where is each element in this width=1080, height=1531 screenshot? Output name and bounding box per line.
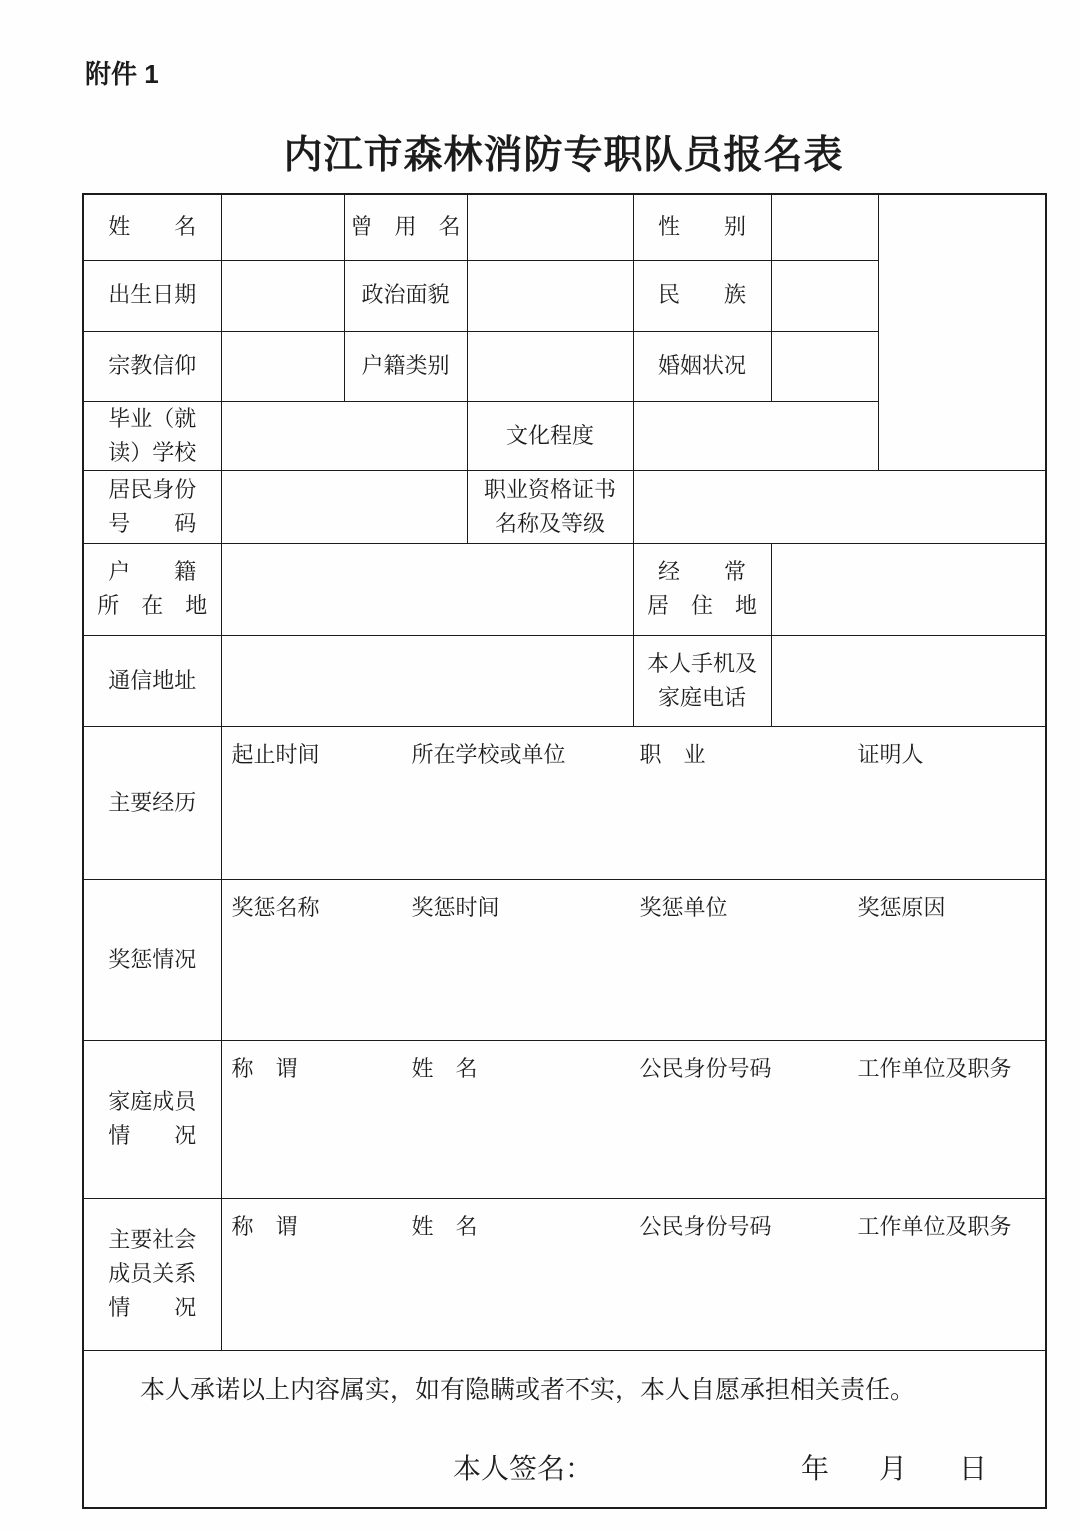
declaration-cell: 本人承诺以上内容属实，如有隐瞒或者不实，本人自愿承担相关责任。 本人签名： 年 …	[83, 1350, 1046, 1508]
family-section-label: 家庭成员 情 况	[83, 1040, 221, 1198]
form-row: 家庭成员 情 况 称 谓 姓 名 公民身份号码 工作单位及职务	[83, 1040, 1046, 1198]
document-page: 附件 1 内江市森林消防专职队员报名表 姓 名 曾 用 名 性 别 出生日期 政…	[0, 0, 1080, 1531]
family-header-name: 姓 名	[412, 1052, 478, 1083]
former-name-value-cell	[467, 194, 633, 260]
experience-header-time: 起止时间	[232, 738, 320, 769]
id-number-value-cell	[221, 470, 467, 543]
marital-status-value-cell	[771, 331, 878, 401]
birth-date-label: 出生日期	[83, 260, 221, 331]
mailing-address-value-cell	[221, 635, 633, 726]
household-location-label: 户 籍 所 在 地	[83, 543, 221, 635]
education-level-value-cell	[633, 401, 878, 470]
form-row: 主要社会 成员关系 情 况 称 谓 姓 名 公民身份号码 工作单位及职务	[83, 1198, 1046, 1350]
form-row: 主要经历 起止时间 所在学校或单位 职 业 证明人	[83, 726, 1046, 879]
social-header-relation: 称 谓	[232, 1210, 298, 1241]
habitual-residence-label: 经 常 居 住 地	[633, 543, 771, 635]
political-status-label: 政治面貌	[344, 260, 467, 331]
rewards-header-reason: 奖惩原因	[858, 891, 946, 922]
rewards-header-unit: 奖惩单位	[640, 891, 728, 922]
form-row: 姓 名 曾 用 名 性 别	[83, 194, 1046, 260]
school-value-cell	[221, 401, 467, 470]
education-level-label: 文化程度	[467, 401, 633, 470]
former-name-label: 曾 用 名	[344, 194, 467, 260]
experience-header-reference: 证明人	[858, 738, 924, 769]
political-status-value-cell	[467, 260, 633, 331]
form-title: 内江市森林消防专职队员报名表	[82, 124, 1045, 180]
ethnicity-label: 民 族	[633, 260, 771, 331]
day-label: 日	[959, 1447, 987, 1487]
form-row: 居民身份 号 码 职业资格证书 名称及等级	[83, 470, 1046, 543]
gender-value-cell	[771, 194, 878, 260]
household-type-value-cell	[467, 331, 633, 401]
social-section-label: 主要社会 成员关系 情 况	[83, 1198, 221, 1350]
name-value-cell	[221, 194, 344, 260]
experience-section-label: 主要经历	[83, 726, 221, 879]
family-header-id-number: 公民身份号码	[640, 1052, 772, 1083]
rewards-header-name: 奖惩名称	[232, 891, 320, 922]
family-content-cell: 称 谓 姓 名 公民身份号码 工作单位及职务	[221, 1040, 1046, 1198]
school-label: 毕业（就 读）学校	[83, 401, 221, 470]
phone-value-cell	[771, 635, 1046, 726]
signature-label: 本人签名：	[453, 1447, 593, 1487]
marital-status-label: 婚姻状况	[633, 331, 771, 401]
id-number-label: 居民身份 号 码	[83, 470, 221, 543]
social-content-cell: 称 谓 姓 名 公民身份号码 工作单位及职务	[221, 1198, 1046, 1350]
mailing-address-label: 通信地址	[83, 635, 221, 726]
social-header-work-unit: 工作单位及职务	[858, 1210, 1012, 1241]
experience-header-occupation: 职 业	[640, 738, 706, 769]
religion-label: 宗教信仰	[83, 331, 221, 401]
rewards-section-label: 奖惩情况	[83, 879, 221, 1040]
signature-row: 本人签名： 年 月 日	[84, 1447, 1045, 1487]
rewards-header-time: 奖惩时间	[412, 891, 500, 922]
form-row: 户 籍 所 在 地 经 常 居 住 地	[83, 543, 1046, 635]
household-location-value-cell	[221, 543, 633, 635]
registration-form-table: 姓 名 曾 用 名 性 别 出生日期 政治面貌 民 族 宗教信仰 户籍类别	[82, 193, 1047, 1509]
family-header-work-unit: 工作单位及职务	[858, 1052, 1012, 1083]
religion-value-cell	[221, 331, 344, 401]
form-row: 通信地址 本人手机及 家庭电话	[83, 635, 1046, 726]
attachment-label: 附件 1	[85, 54, 159, 91]
name-label: 姓 名	[83, 194, 221, 260]
habitual-residence-value-cell	[771, 543, 1046, 635]
experience-header-school-unit: 所在学校或单位	[412, 738, 566, 769]
qualification-cert-label: 职业资格证书 名称及等级	[467, 470, 633, 543]
qualification-cert-value-cell	[633, 470, 1046, 543]
photo-cell	[878, 194, 1046, 470]
form-row: 本人承诺以上内容属实，如有隐瞒或者不实，本人自愿承担相关责任。 本人签名： 年 …	[83, 1350, 1046, 1508]
social-header-name: 姓 名	[412, 1210, 478, 1241]
birth-date-value-cell	[221, 260, 344, 331]
household-type-label: 户籍类别	[344, 331, 467, 401]
experience-content-cell: 起止时间 所在学校或单位 职 业 证明人	[221, 726, 1046, 879]
social-header-id-number: 公民身份号码	[640, 1210, 772, 1241]
year-label: 年	[801, 1447, 829, 1487]
phone-label: 本人手机及 家庭电话	[633, 635, 771, 726]
ethnicity-value-cell	[771, 260, 878, 331]
declaration-text: 本人承诺以上内容属实，如有隐瞒或者不实，本人自愿承担相关责任。	[84, 1351, 1045, 1408]
rewards-content-cell: 奖惩名称 奖惩时间 奖惩单位 奖惩原因	[221, 879, 1046, 1040]
family-header-relation: 称 谓	[232, 1052, 298, 1083]
form-row: 奖惩情况 奖惩名称 奖惩时间 奖惩单位 奖惩原因	[83, 879, 1046, 1040]
gender-label: 性 别	[633, 194, 771, 260]
month-label: 月	[879, 1447, 907, 1487]
